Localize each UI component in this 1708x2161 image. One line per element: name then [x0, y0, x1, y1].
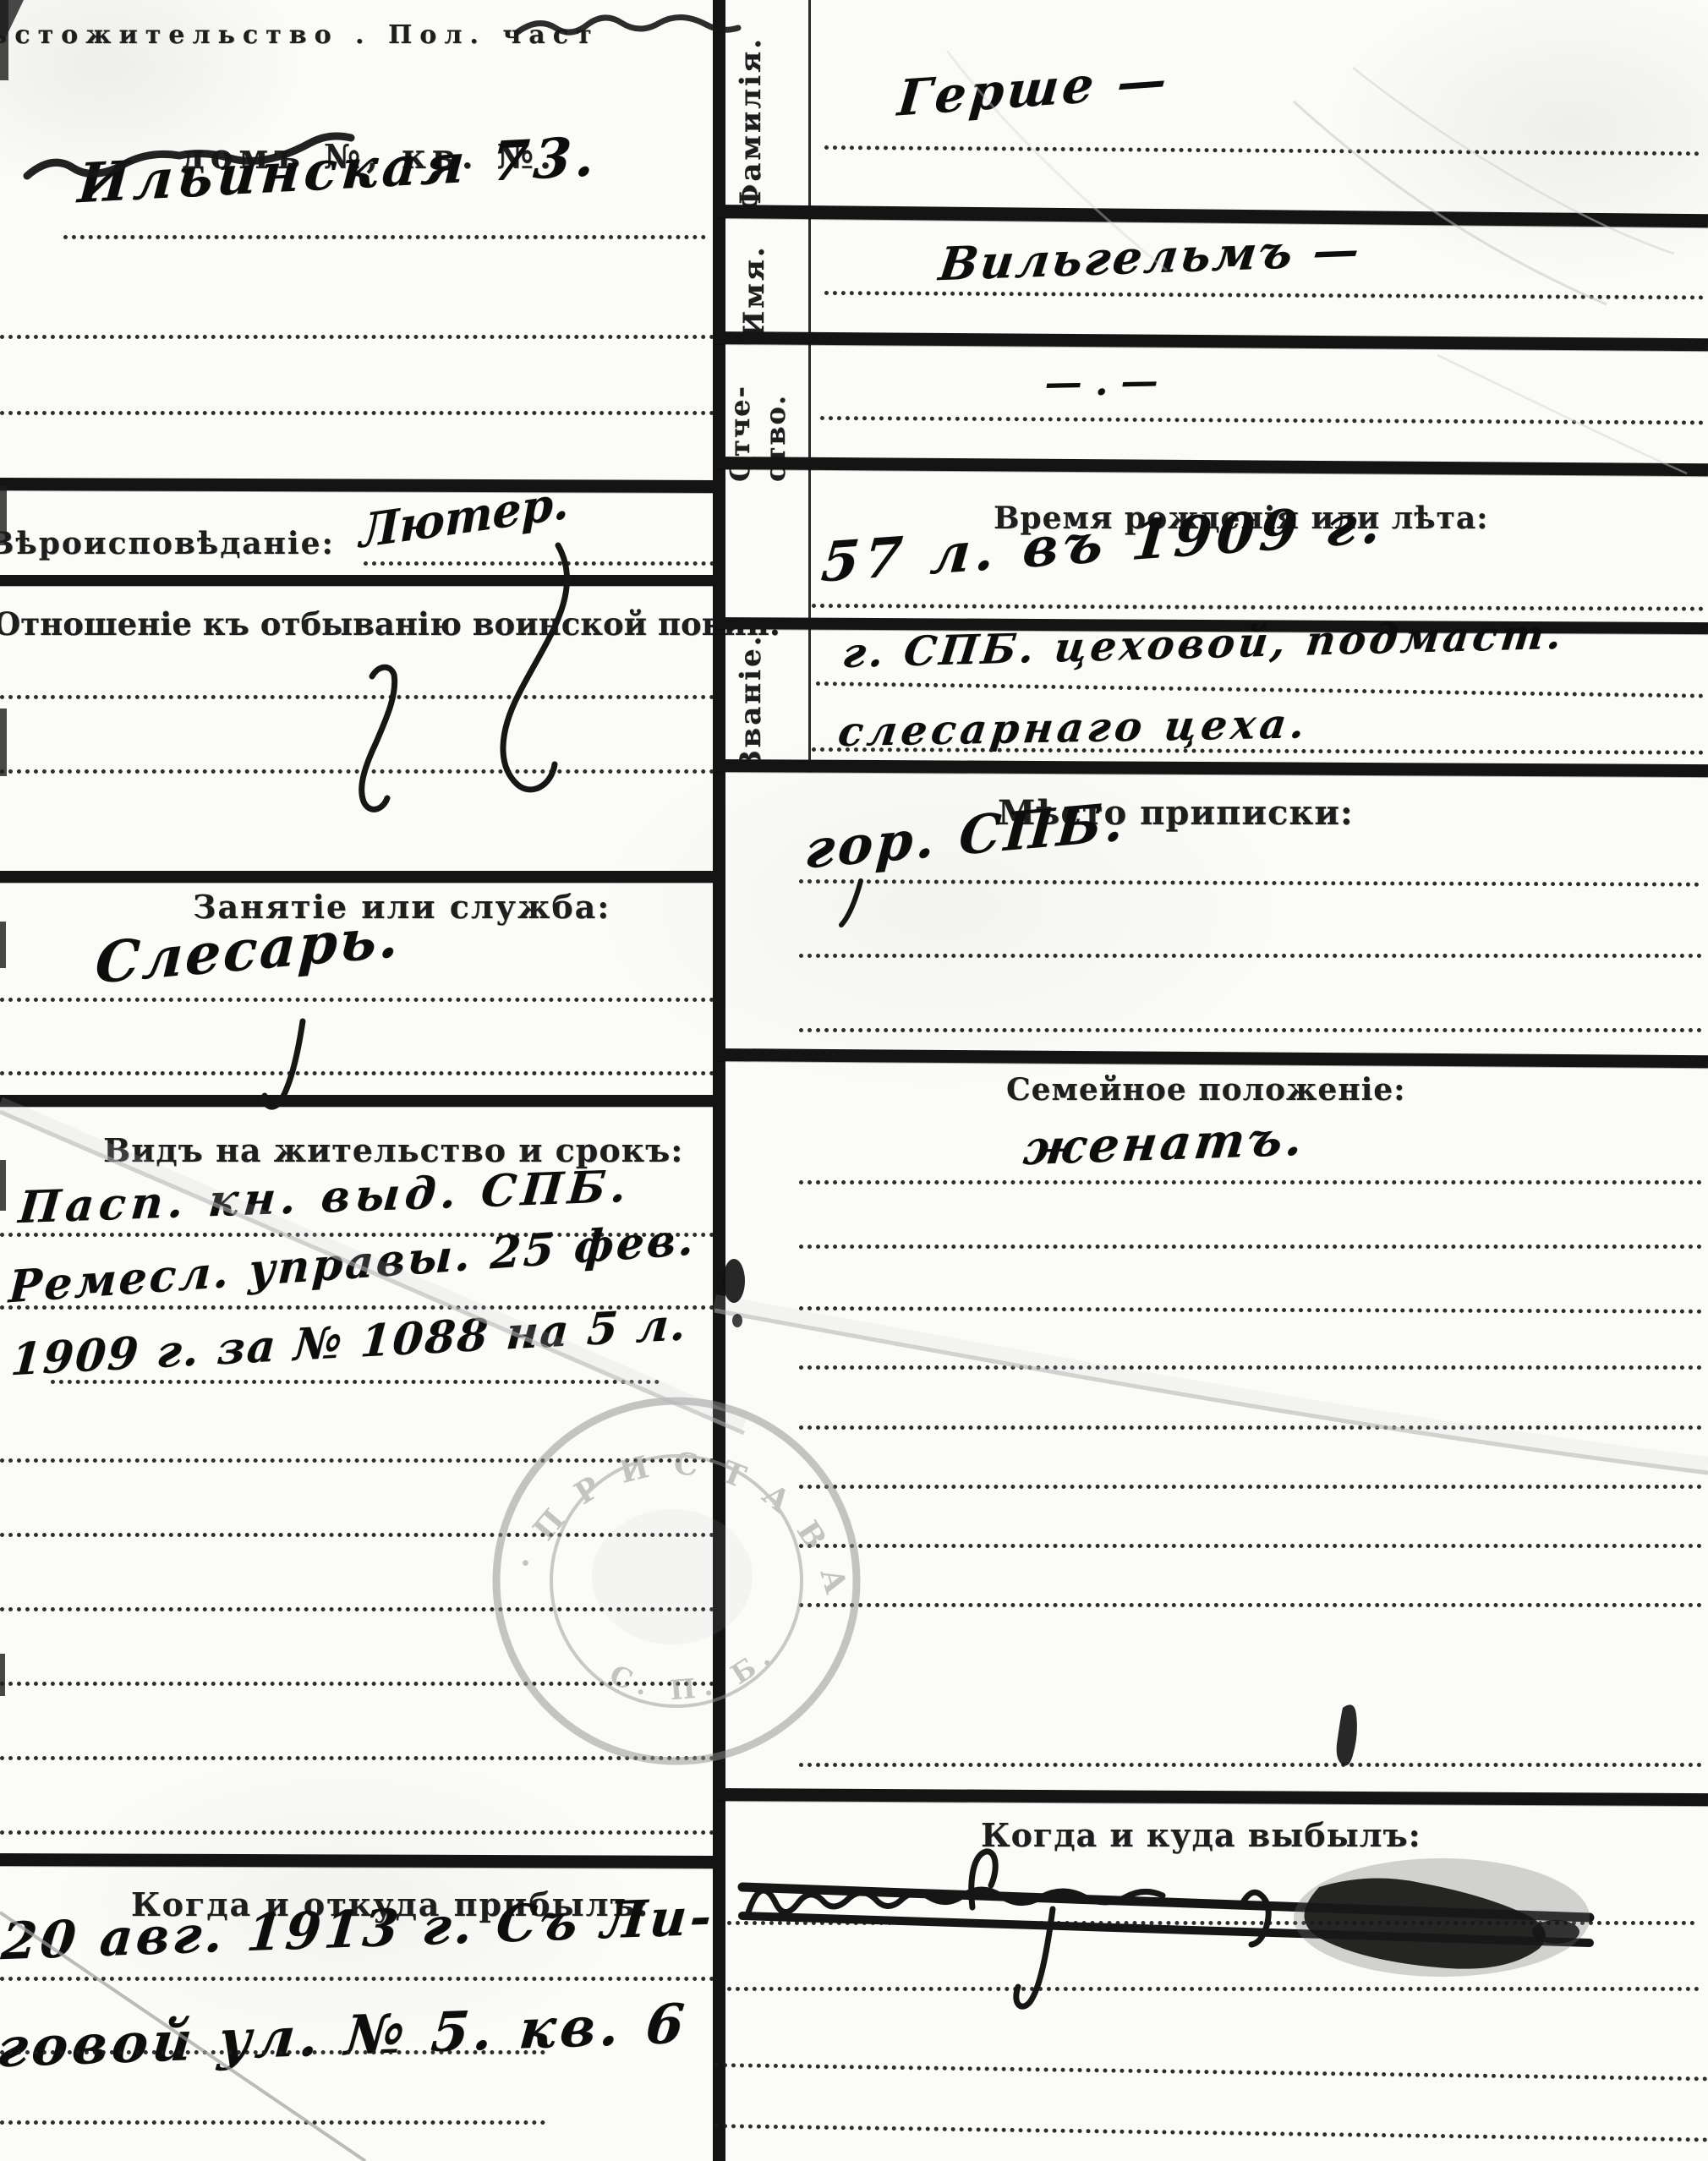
ruled-line — [799, 1485, 1702, 1489]
section-rule — [714, 1048, 1708, 1068]
residence-header: Мѣстожительство . Пол. част — [0, 20, 599, 50]
section-rule — [0, 1853, 714, 1868]
ruled-line — [0, 411, 714, 415]
religion-label: Вѣроисповѣданіе: — [0, 526, 335, 561]
firstname-entry: Вильгельмъ — — [936, 222, 1365, 292]
column-divider — [713, 0, 725, 2161]
ruled-line — [824, 291, 1704, 299]
ruled-line — [0, 2050, 545, 2054]
ruled-line — [799, 879, 1700, 887]
ruled-line — [0, 1977, 714, 1981]
ruled-line — [0, 1756, 714, 1760]
ruled-line — [799, 1306, 1702, 1314]
scan-edge-artifact — [0, 708, 7, 776]
ruled-line — [820, 416, 1704, 424]
ruled-line — [714, 2063, 1708, 2081]
ruled-line — [799, 1763, 1702, 1767]
annotations-overlay: · П Р И С Т А В А · С. П. Б. — [0, 0, 1708, 2161]
ruled-line — [799, 1603, 1702, 1607]
ruled-line — [812, 604, 1704, 611]
section-rule — [0, 871, 714, 883]
military-duty-label: Отношеніе къ отбыванію воинской повин. — [0, 605, 780, 643]
ruled-line — [799, 1028, 1702, 1032]
ruled-line — [0, 1682, 714, 1686]
scan-edge-artifact — [0, 486, 7, 545]
scan-edge-artifact — [0, 1160, 6, 1211]
ruled-line — [824, 145, 1700, 156]
ruled-line — [799, 1245, 1702, 1249]
departed-label: Когда и куда выбылъ: — [981, 1816, 1421, 1854]
address-entry: Ильинская 73. — [76, 125, 600, 216]
ruled-line — [799, 1544, 1702, 1548]
registration-flourish — [841, 881, 861, 925]
ruled-line — [51, 1380, 660, 1384]
ruled-line — [0, 695, 714, 699]
strike-line-2 — [742, 1916, 1590, 1943]
ruled-line — [799, 1365, 1702, 1370]
svg-text:С. П. Б.: С. П. Б. — [605, 1637, 783, 1706]
section-rule — [714, 457, 1708, 476]
arrived-entry-line2: говой ул. № 5. кв. 6 — [0, 1992, 691, 2080]
ruled-line — [0, 1830, 714, 1835]
permit-entry-line1: Пасп. кн. выд. СПБ. — [17, 1161, 633, 1234]
section-rule — [0, 1095, 714, 1107]
patronymic-entry: — . — — [1044, 360, 1158, 405]
section-rule — [0, 478, 714, 493]
scan-edge-artifact — [0, 922, 6, 968]
ruled-line — [799, 1180, 1702, 1184]
ruled-line — [727, 1987, 1700, 1991]
ruled-line — [0, 769, 714, 774]
ruled-line — [799, 954, 1702, 958]
section-rule — [714, 1788, 1708, 1806]
stamp-bottom-text: С. П. Б. — [605, 1637, 783, 1706]
label-divider — [808, 0, 811, 772]
section-rule — [0, 575, 714, 586]
section-rule — [714, 205, 1708, 227]
ruled-line — [0, 998, 714, 1002]
registration-card-scan: Мѣстожительство . Пол. част домъ №, кв. … — [0, 0, 1708, 2161]
ruled-line — [0, 2120, 545, 2125]
occupation-entry: Слесарь. — [94, 903, 402, 996]
surname-label: Фамилія. — [734, 51, 768, 211]
firstname-label: Имя. — [737, 233, 771, 338]
military-squiggle — [362, 667, 395, 809]
scan-edge-artifact — [0, 0, 8, 80]
permit-entry-line3: 1909 г. за № 1088 на 5 л. — [9, 1299, 689, 1386]
ruled-line — [364, 561, 714, 566]
ruled-line — [816, 681, 1704, 698]
arrived-entry-line1: 20 авг. 1913 г. Съ Ли- — [0, 1888, 717, 1972]
ruled-line — [0, 1458, 714, 1463]
ruled-line — [0, 1607, 714, 1611]
ruled-line — [714, 2124, 1708, 2142]
family-status-label: Семейное положеніе: — [1006, 1072, 1405, 1108]
rank-label: Званіе. — [734, 636, 768, 771]
strike-line-1 — [742, 1887, 1590, 1918]
ruled-line — [0, 1533, 714, 1537]
small-ink-mark — [1337, 1704, 1357, 1765]
departed-tail — [1243, 1892, 1268, 1945]
ruled-line — [799, 1425, 1702, 1430]
surname-entry: Герше — — [895, 51, 1172, 128]
registration-place-entry: гор. СПБ. — [803, 791, 1129, 881]
ruled-line — [727, 1921, 1695, 1925]
departed-scribble — [748, 1890, 1163, 1912]
occupation-flourish — [265, 1021, 303, 1107]
ruled-line — [63, 235, 706, 239]
ruled-line — [0, 1071, 714, 1075]
ruled-line — [0, 335, 714, 339]
section-rule — [714, 331, 1708, 351]
scan-edge-artifact — [0, 1654, 5, 1696]
departed-loop-up — [972, 1852, 995, 1907]
family-status-entry: женатъ. — [1021, 1110, 1309, 1176]
section-rule — [714, 759, 1708, 777]
